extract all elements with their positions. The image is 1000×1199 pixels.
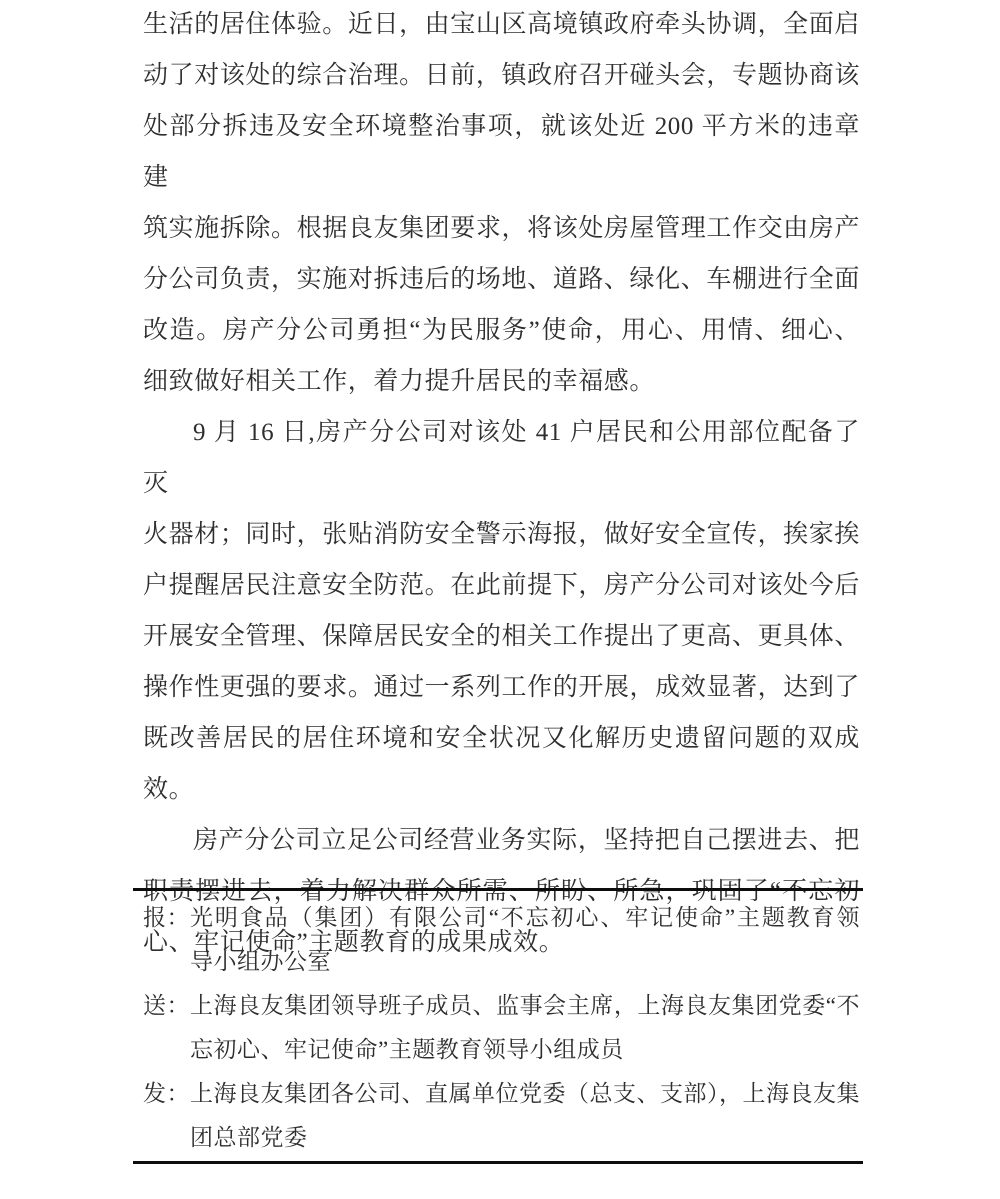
distribution-label: 报：	[143, 896, 190, 940]
distribution-entry: 发：上海良友集团各公司、直属单位党委（总支、支部），上海良友集团总部党委	[143, 1072, 860, 1160]
distribution-footer: 报：光明食品（集团）有限公司“不忘初心、牢记使命”主题教育领导小组办公室送：上海…	[143, 896, 860, 1160]
body-line: 效。	[143, 764, 860, 815]
document-body: 生活的居住体验。近日，由宝山区高境镇政府牵头协调，全面启动了对该处的综合治理。日…	[143, 0, 860, 968]
distribution-line: 上海良友集团领导班子成员、监事会主席，上海良友集团党委“不	[190, 984, 860, 1028]
distribution-entry: 送：上海良友集团领导班子成员、监事会主席，上海良友集团党委“不忘初心、牢记使命”…	[143, 984, 860, 1072]
body-line: 筑实施拆除。根据良友集团要求，将该处房屋管理工作交由房产	[143, 203, 860, 254]
body-line: 开展安全管理、保障居民安全的相关工作提出了更高、更具体、	[143, 611, 860, 662]
distribution-line: 导小组办公室	[190, 940, 860, 984]
distribution-line: 光明食品（集团）有限公司“不忘初心、牢记使命”主题教育领	[190, 896, 860, 940]
body-line: 细致做好相关工作，着力提升居民的幸福感。	[143, 356, 860, 407]
document-page: 生活的居住体验。近日，由宝山区高境镇政府牵头协调，全面启动了对该处的综合治理。日…	[0, 0, 1000, 1199]
body-line: 处部分拆违及安全环境整治事项，就该处近 200 平方米的违章建	[143, 101, 860, 203]
distribution-content: 光明食品（集团）有限公司“不忘初心、牢记使命”主题教育领导小组办公室	[190, 896, 860, 984]
body-line: 房产分公司立足公司经营业务实际，坚持把自己摆进去、把	[143, 815, 860, 866]
body-line: 动了对该处的综合治理。日前，镇政府召开碰头会，专题协商该	[143, 50, 860, 101]
body-line: 改造。房产分公司勇担“为民服务”使命，用心、用情、细心、	[143, 305, 860, 356]
distribution-line: 上海良友集团各公司、直属单位党委（总支、支部），上海良友集	[190, 1072, 860, 1116]
body-line: 分公司负责，实施对拆违后的场地、道路、绿化、车棚进行全面	[143, 254, 860, 305]
distribution-entry: 报：光明食品（集团）有限公司“不忘初心、牢记使命”主题教育领导小组办公室	[143, 896, 860, 984]
body-line: 户提醒居民注意安全防范。在此前提下，房产分公司对该处今后	[143, 560, 860, 611]
distribution-line: 团总部党委	[190, 1116, 860, 1160]
distribution-line: 忘初心、牢记使命”主题教育领导小组成员	[190, 1028, 860, 1072]
separator-line-top	[133, 888, 863, 891]
body-line: 既改善居民的居住环境和安全状况又化解历史遗留问题的双成	[143, 713, 860, 764]
distribution-label: 送：	[143, 984, 190, 1028]
body-line: 9 月 16 日,房产分公司对该处 41 户居民和公用部位配备了灭	[143, 407, 860, 509]
body-line: 火器材；同时，张贴消防安全警示海报，做好安全宣传，挨家挨	[143, 509, 860, 560]
distribution-content: 上海良友集团各公司、直属单位党委（总支、支部），上海良友集团总部党委	[190, 1072, 860, 1160]
distribution-content: 上海良友集团领导班子成员、监事会主席，上海良友集团党委“不忘初心、牢记使命”主题…	[190, 984, 860, 1072]
separator-line-bottom	[133, 1161, 863, 1164]
body-line: 生活的居住体验。近日，由宝山区高境镇政府牵头协调，全面启	[143, 0, 860, 50]
body-line: 操作性更强的要求。通过一系列工作的开展，成效显著，达到了	[143, 662, 860, 713]
distribution-label: 发：	[143, 1072, 190, 1116]
